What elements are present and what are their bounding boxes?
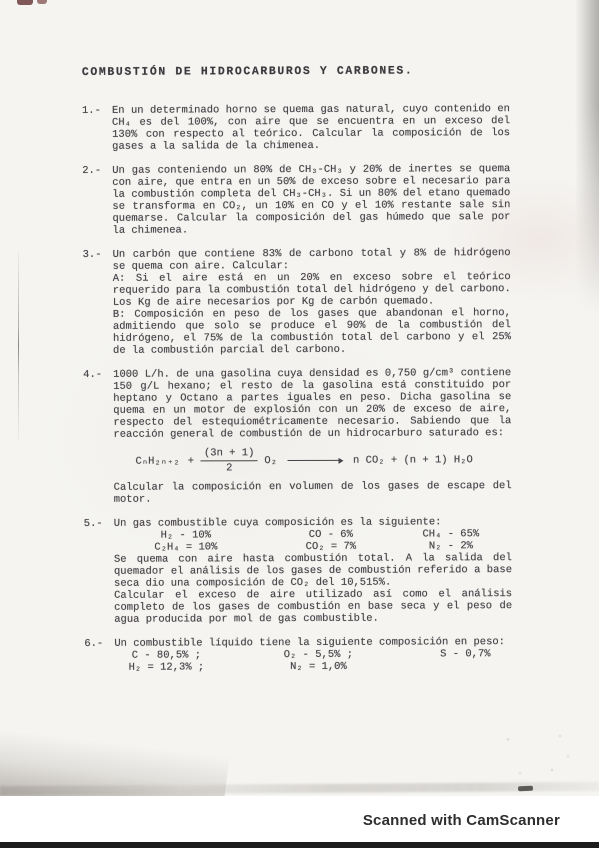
reaction-arrow-icon bbox=[287, 457, 343, 463]
problem-number: 5.- bbox=[84, 518, 114, 626]
problem-number: 1.- bbox=[82, 105, 112, 153]
paragraph: Calcular el exceso de aire utilizado así… bbox=[114, 588, 512, 626]
problem-body: Un gas combustible cuya composición es l… bbox=[114, 516, 512, 626]
composition-cell: H₂ - 10% bbox=[114, 529, 258, 542]
problem-body: 1000 L/h. de una gasolina cuya densidad … bbox=[113, 367, 512, 506]
composition-cell bbox=[418, 660, 512, 672]
green-ink-stamp bbox=[496, 719, 576, 787]
fraction: (3n + 1) 2 bbox=[201, 447, 258, 474]
formula-products: n CO₂ + (n + 1) H₂O bbox=[353, 454, 473, 467]
composition-cell: N₂ - 2% bbox=[404, 540, 498, 552]
plus-sign: + bbox=[188, 455, 194, 467]
composition-cell: CH₄ - 65% bbox=[404, 528, 498, 540]
composition-cell: O₂ - 5,5% ; bbox=[218, 648, 418, 661]
problem-body: En un determinado horno se quema gas nat… bbox=[112, 103, 510, 153]
composition-cell: H₂ = 12,3% ; bbox=[114, 661, 218, 673]
paragraph-part-a: A: Si el aire está en un 20% en exceso s… bbox=[113, 271, 511, 309]
problem-6: 6.- Un combustible líquido tiene la sigu… bbox=[84, 636, 599, 674]
paragraph: En un determinado horno se quema gas nat… bbox=[112, 103, 510, 153]
problem-number: 6.- bbox=[84, 638, 114, 674]
document-title: COMBUSTIÓN DE HIDROCARBUROS Y CARBONES. bbox=[82, 65, 598, 79]
document-content: COMBUSTIÓN DE HIDROCARBUROS Y CARBONES. … bbox=[0, 0, 599, 686]
paragraph: Calcular la composición en volumen de lo… bbox=[114, 480, 512, 506]
composition-cell: C - 80,5% ; bbox=[114, 649, 218, 661]
combustion-reaction-formula: CₙH₂ₙ₊₂ + (3n + 1) 2 O₂ n CO₂ + (n + 1) … bbox=[135, 446, 511, 475]
fraction-denominator: 2 bbox=[201, 461, 257, 474]
paragraph: Un gas conteniendo un 80% de CH₃-CH₃ y 2… bbox=[112, 163, 510, 237]
camscanner-footer: Scanned with CamScanner bbox=[0, 796, 599, 842]
scanned-document-page: COMBUSTIÓN DE HIDROCARBUROS Y CARBONES. … bbox=[0, 0, 599, 796]
problem-body: Un carbón que contiene 83% de carbono to… bbox=[113, 247, 511, 357]
problem-number: 3.- bbox=[83, 249, 113, 357]
composition-cell: N₂ = 1,0% bbox=[218, 660, 418, 673]
problem-5: 5.- Un gas combustible cuya composición … bbox=[84, 516, 599, 626]
gas-composition-table: H₂ - 10% CO - 6% CH₄ - 65% C₂H₄ = 10% CO… bbox=[114, 528, 512, 554]
problem-number: 4.- bbox=[83, 369, 114, 506]
composition-cell: C₂H₄ = 10% bbox=[114, 541, 258, 554]
problem-body: Un combustible líquido tiene la siguient… bbox=[114, 636, 512, 674]
problem-body: Un gas conteniendo un 80% de CH₃-CH₃ y 2… bbox=[112, 163, 510, 237]
fraction-numerator: (3n + 1) bbox=[201, 447, 257, 461]
paragraph: Se quema con aire hasta combustión total… bbox=[114, 552, 512, 590]
paragraph: 1000 L/h. de una gasolina cuya densidad … bbox=[113, 367, 511, 441]
scanned-with-camscanner-label: Scanned with CamScanner bbox=[363, 812, 560, 829]
fuel-composition-table: C - 80,5% ; O₂ - 5,5% ; S - 0,7% H₂ = 12… bbox=[114, 648, 512, 674]
problem-3: 3.- Un carbón que contiene 83% de carbon… bbox=[83, 247, 599, 357]
problem-1: 1.- En un determinado horno se quema gas… bbox=[82, 103, 598, 153]
bottom-black-bar bbox=[0, 842, 599, 848]
formula-reactant: CₙH₂ₙ₊₂ bbox=[135, 455, 179, 467]
formula-oxidizer: O₂ bbox=[264, 455, 277, 467]
problem-number: 2.- bbox=[82, 165, 112, 237]
composition-cell: CO₂ = 7% bbox=[258, 541, 404, 554]
problem-2: 2.- Un gas conteniendo un 80% de CH₃-CH₃… bbox=[82, 163, 598, 237]
paragraph: Un carbón que contiene 83% de carbono to… bbox=[113, 247, 511, 273]
problem-4: 4.- 1000 L/h. de una gasolina cuya densi… bbox=[83, 367, 599, 506]
composition-cell: CO - 6% bbox=[258, 529, 404, 542]
paragraph-part-b: B: Composición en peso de los gases que … bbox=[113, 307, 511, 357]
composition-cell: S - 0,7% bbox=[418, 648, 512, 660]
